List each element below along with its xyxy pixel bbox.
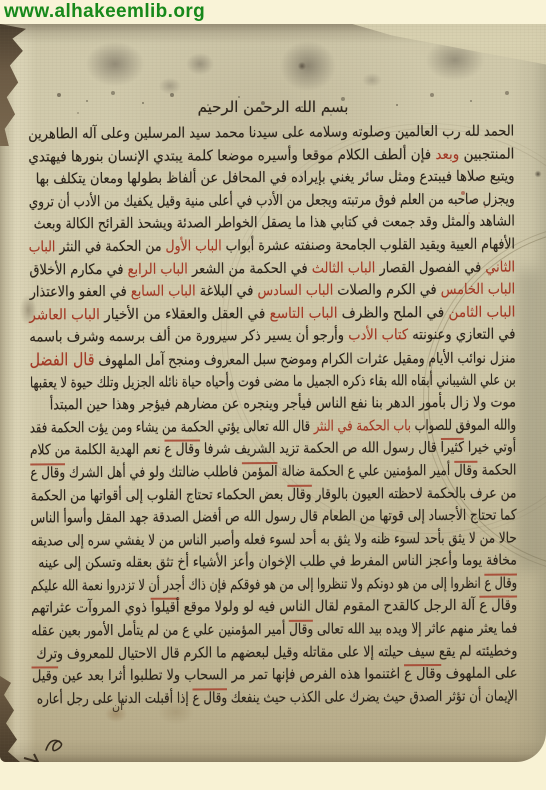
rubric-text: أقيلوا <box>151 598 180 616</box>
rubric-text: المؤمن <box>242 462 278 480</box>
manuscript-line: الثاني في الفصول القصار الباب الثالث في … <box>82 256 515 281</box>
manuscript-text: ذوي المروآت عثراتهم <box>31 600 151 617</box>
manuscript-line: موت ولا زال بأمور الدهر بنا نفع الناس في… <box>88 392 516 417</box>
torn-edge-top-left <box>0 24 26 146</box>
manuscript-text: قال الله تعالى يؤتي الحكمة من يشاء ومن ي… <box>30 418 314 436</box>
manuscript-text: نعم الهدية الكلمة من كلام <box>30 442 165 459</box>
rubric-text: باب الحكمة في النثر <box>314 418 411 435</box>
manuscript-text: موت ولا زال بأمور الدهر بنا نفع الناس في… <box>50 395 516 414</box>
rubric-text: وقال <box>289 620 313 638</box>
manuscript-text: منزل نوائب الأيام ومقيل عثرات الكرام ومو… <box>95 350 516 369</box>
manuscript-text: في العقل والعقلاء من الأخيار <box>100 306 270 323</box>
manuscript-text: في الفصول القصار <box>375 259 485 276</box>
manuscript-line: وقال ع آلة الرجل كالقدح المقوم لقال النا… <box>81 595 518 620</box>
manuscript-text: ويتبع صلاها فيبتدع ومثل سائر يغني بإيراد… <box>36 169 515 188</box>
manuscript-text: كما تحتاج الأجساد إلى قوتها من الطعام قا… <box>30 508 516 527</box>
rubric-text: كتاب الأدب <box>348 328 408 344</box>
manuscript-text: في التعازي وعنونته <box>408 327 516 344</box>
manuscript-text: في البلاغة <box>196 283 258 299</box>
manuscript-line: الباب الثامن في الملح والظرف الباب التاس… <box>61 301 515 326</box>
manuscript-line: الحمد لله رب العالمين وصلوته وسلامه على … <box>79 121 514 146</box>
rubric-text: الباب الرابع <box>128 261 188 277</box>
manuscript-text: ويجزل صاحبه من العلم فوق مرتبته ويجعل من… <box>29 191 515 210</box>
paper-patch <box>326 24 546 76</box>
manuscript-line: حالا من لا يثق بأحد لسوء ظنه ولا يثق به … <box>116 527 516 552</box>
rubric-text: وبعد <box>435 146 459 162</box>
manuscript-text: الحمد لله رب العالمين وصلوته وسلامه على … <box>28 124 514 143</box>
manuscript-page: بسم الله الرحمن الرحيم الحمد لله رب العا… <box>0 24 546 762</box>
watermark-bar: www.alhakeemlib.org <box>0 0 546 24</box>
manuscript-text: أمير المؤمنين علي ع من لم يتأمل الأمور ب… <box>31 622 289 640</box>
rubric-text: وقيل <box>32 667 58 685</box>
manuscript-line: المنتجبين وبعد فإن ألطف الكلام موقعا وأس… <box>63 143 515 168</box>
manuscript-text: حالا من لا يثق بأحد لسوء ظنه ولا يثق به … <box>31 530 517 549</box>
manuscript-text-block: الحمد لله رب العالمين وصلوته وسلامه على … <box>28 121 518 711</box>
manuscript-text: بعض الحكماء تحتاج القلوب إلى أقواتها من … <box>31 486 287 504</box>
manuscript-line: كما تحتاج الأجساد إلى قوتها من الطعام قا… <box>111 505 516 530</box>
manuscript-text: الشاهد والمثل وقد جمعت في كتابي هذا ما ي… <box>34 214 515 233</box>
manuscript-line: الأفهام العيية ويقيد القلوب الجامحة وصنف… <box>97 233 515 258</box>
rubric-text: الباب التاسع <box>270 305 338 321</box>
rubric-text: وقال ع <box>30 463 65 481</box>
manuscript-text: اغتنموا هذه الفرص فإنها تمر مر السحاب ول… <box>58 666 404 684</box>
binding-shadow <box>516 270 542 570</box>
manuscript-text: أوتي خيرا <box>464 440 516 456</box>
rubric-text: الباب العاشر <box>29 307 100 323</box>
manuscript-line: الباب الخامس في الكرم والصلات الباب السا… <box>84 279 515 304</box>
manuscript-text: الإيمان أن تؤثر الصدق حيث يضرك على الكذب… <box>227 688 518 706</box>
manuscript-text: في مكارم الأخلاق <box>29 261 127 278</box>
rubric-text: الباب الثامن <box>448 304 515 320</box>
manuscript-line: الحكمة وقال أمير المؤمنين علي ع الحكمة ض… <box>115 459 517 484</box>
basmala-line: بسم الله الرحمن الرحيم <box>0 98 546 116</box>
manuscript-text: قال رسول الله ص الحكمة تزيد الشريف شرفا <box>200 440 441 457</box>
rubric-text: وقال ع <box>192 688 227 706</box>
manuscript-line: على الملهوف وقال ع اغتنموا هذه الفرص فإن… <box>87 663 518 688</box>
manuscript-text: والله الموفق للصواب <box>411 417 516 434</box>
manuscript-text: الحكمة <box>478 462 517 478</box>
manuscript-line: منزل نوائب الأيام ومقيل عثرات الكرام ومو… <box>106 346 515 371</box>
rubric-text: الباب الخامس <box>441 282 516 298</box>
manuscript-line: الإيمان أن تؤثر الصدق حيث يضرك على الكذب… <box>119 685 518 710</box>
rubric-text: الباب السادس <box>257 283 333 299</box>
manuscript-line: فما يعثر منهم عاثر إلا ويده بيد الله تعا… <box>113 618 517 643</box>
manuscript-line: بن علي الشيباني أبقاه الله بقاء ذكره الج… <box>132 369 516 394</box>
manuscript-text: مخافة يوما وأعجز الناس المفرط في طلب الإ… <box>38 553 517 572</box>
rubric-text: الباب السابع <box>131 284 196 300</box>
manuscript-line: وخطيئته لم يقع سيف حيلته إلا على مقاتله … <box>99 640 517 665</box>
manuscript-text: في الكرم والصلات <box>333 282 441 299</box>
manuscript-line: من عرف بالحكمة لاحظته العيون بالوقار وقا… <box>106 482 517 507</box>
manuscript-text: على الملهوف <box>442 666 518 682</box>
rubric-text: وقال ع <box>479 596 517 614</box>
manuscript-text: في الحكمة من الشعر <box>188 260 312 277</box>
rubric-text: وقال <box>454 461 478 479</box>
manuscript-line: ويجزل صاحبه من العلم فوق مرتبته ويجعل من… <box>114 188 514 213</box>
rubric-text: وقال <box>287 484 312 502</box>
manuscript-line: أوتي خيرا كثيرا قال رسول الله ص الحكمة ت… <box>105 437 516 462</box>
margin-mark: آن <box>112 700 123 713</box>
manuscript-text: أمير المؤمنين علي ع الحكمة ضالة <box>278 463 454 480</box>
rubric-text: الباب <box>29 239 56 255</box>
red-ink-speckles <box>0 24 2 26</box>
manuscript-line: الشاهد والمثل وقد جمعت في كتابي هذا ما ي… <box>96 211 514 236</box>
signature-flourish <box>22 724 94 762</box>
manuscript-text: وخطيئته لم يقع سيف حيلته إلا على مقاتله … <box>36 643 517 662</box>
torn-edge-bottom-left <box>0 676 20 762</box>
manuscript-line: في التعازي وعنونته كتاب الأدب وأرجو أن ي… <box>77 324 515 349</box>
rubric-text: وقال ع <box>484 573 517 591</box>
manuscript-text: الأفهام العيية ويقيد القلوب الجامحة وصنف… <box>222 236 515 254</box>
manuscript-line: ويتبع صلاها فيبتدع ومثل سائر يغني بإيراد… <box>79 166 515 191</box>
scanned-manuscript-screenshot: { "watermark": { "text": "www.alhakeemli… <box>0 0 546 790</box>
manuscript-text: في الملح والظرف <box>337 305 448 322</box>
manuscript-line: والله الموفق للصواب باب الحكمة في النثر … <box>129 414 516 439</box>
rubric-text: كثيرا <box>441 438 465 456</box>
manuscript-text: بن علي الشيباني أبقاه الله بقاء ذكره الج… <box>30 372 516 391</box>
manuscript-text: من عرف بالحكمة لاحظته العيون بالوقار <box>311 485 516 502</box>
manuscript-text: في العفو والاعتذار <box>30 284 131 301</box>
rubric-text: وقال ع <box>164 440 200 458</box>
manuscript-text: وأرجو أن يسير ذكر سيرورة من ألف برسمه وش… <box>29 328 348 346</box>
manuscript-line: مخافة يوما وأعجز الناس المفرط في طلب الإ… <box>102 550 517 575</box>
watermark-text: www.alhakeemlib.org <box>0 1 205 23</box>
manuscript-text: فما يعثر منهم عاثر إلا ويده بيد الله تعا… <box>313 621 517 638</box>
manuscript-text: فإن ألطف الكلام موقعا وأسيره موضعا كلمة … <box>28 147 435 165</box>
rubric-text: الباب الأول <box>165 238 221 254</box>
rubric-text: الباب الثالث <box>312 260 376 276</box>
manuscript-text: آلة الرجل كالقدح المقوم لقال الناس فيه ل… <box>179 598 479 616</box>
rubric-text: الثاني <box>485 259 515 275</box>
rubric-text: قال الفضل <box>29 350 94 370</box>
manuscript-text: فاطلب ضالتك ولو في أهل الشرك <box>65 464 242 481</box>
manuscript-text: المنتجبين <box>459 146 514 162</box>
manuscript-text: انظروا إلى من هو دونكم ولا تنظروا إلى من… <box>31 576 485 595</box>
manuscript-text: من الحكمة في النثر <box>55 239 165 256</box>
rubric-text: وقال ع <box>404 664 441 682</box>
manuscript-line: وقال ع انظروا إلى من هو دونكم ولا تنظروا… <box>140 572 517 597</box>
